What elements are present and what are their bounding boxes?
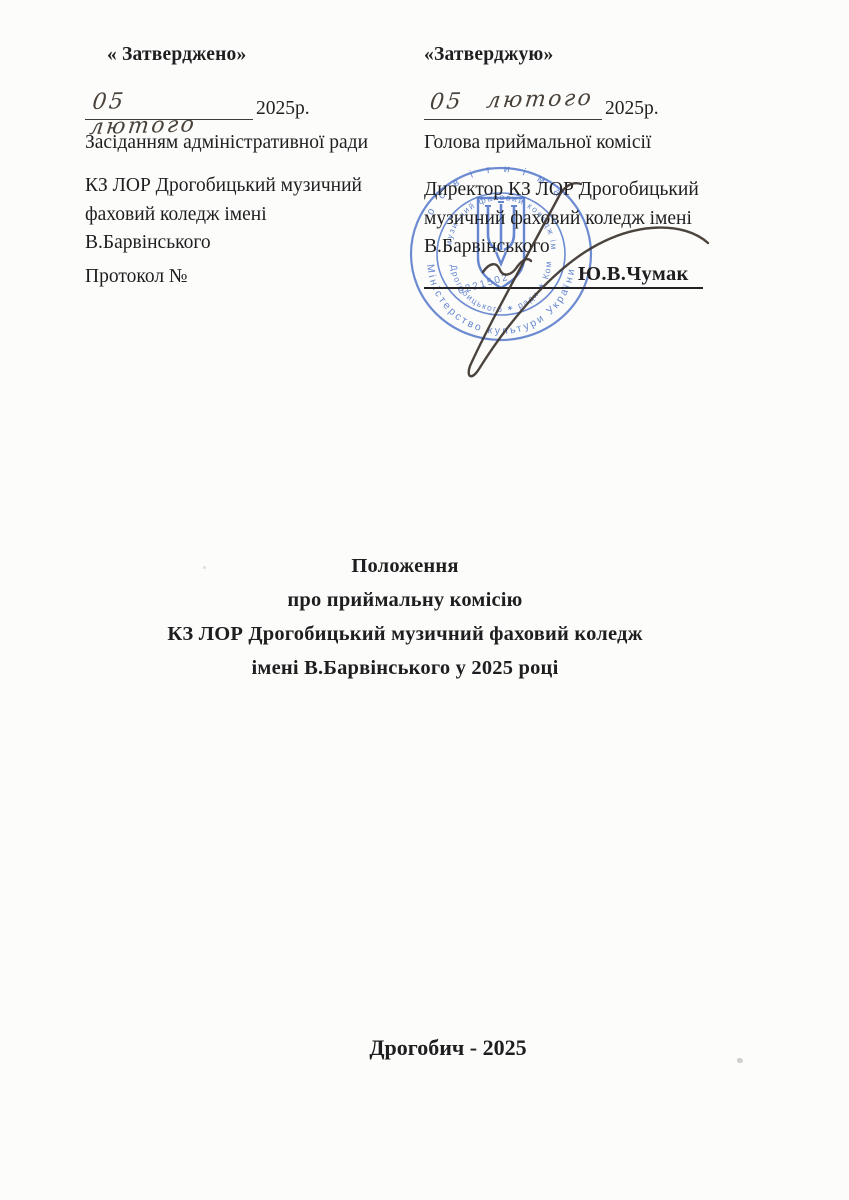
title-line: імені В.Барвінського у 2025 році (0, 651, 810, 685)
title-line: про приймальну комісію (0, 583, 810, 617)
approved-meeting-line: Засіданням адміністративної ради (85, 132, 368, 154)
footer-place-year: Дрогобич - 2025 (88, 1035, 808, 1061)
approved-org-line: КЗ ЛОР Дрогобицький музичний (85, 172, 415, 201)
approved-org-line: фаховий коледж імені (85, 201, 415, 230)
scanned-document-page: о с в і т и і м а Міністерство культури … (0, 0, 849, 1200)
approving-role-line: Голова приймальної комісії (424, 132, 651, 154)
approved-protocol-line: Протокол № (85, 266, 188, 288)
approved-date-year: 2025р. (253, 98, 310, 120)
approving-header: «Затверджую» (424, 44, 553, 66)
approved-date-row: 05 лютого2025р. (85, 88, 310, 120)
approved-header: « Затверджено» (107, 44, 246, 66)
director-signature (425, 165, 725, 390)
approved-date-underline: 05 лютого (85, 88, 253, 120)
title-line: Положення (0, 549, 810, 583)
approving-date-year: 2025р. (602, 98, 659, 120)
approving-date-handwritten: 05 лютого (423, 86, 595, 116)
approving-date-row: 05 лютого2025р. (424, 88, 659, 120)
title-line: КЗ ЛОР Дрогобицький музичний фаховий кол… (0, 617, 810, 651)
approved-org-line: В.Барвінського (85, 229, 415, 258)
approving-date-underline: 05 лютого (424, 88, 602, 120)
approved-org-name: КЗ ЛОР Дрогобицький музичний фаховий кол… (85, 172, 415, 258)
document-title: Положення про приймальну комісію КЗ ЛОР … (0, 549, 810, 685)
